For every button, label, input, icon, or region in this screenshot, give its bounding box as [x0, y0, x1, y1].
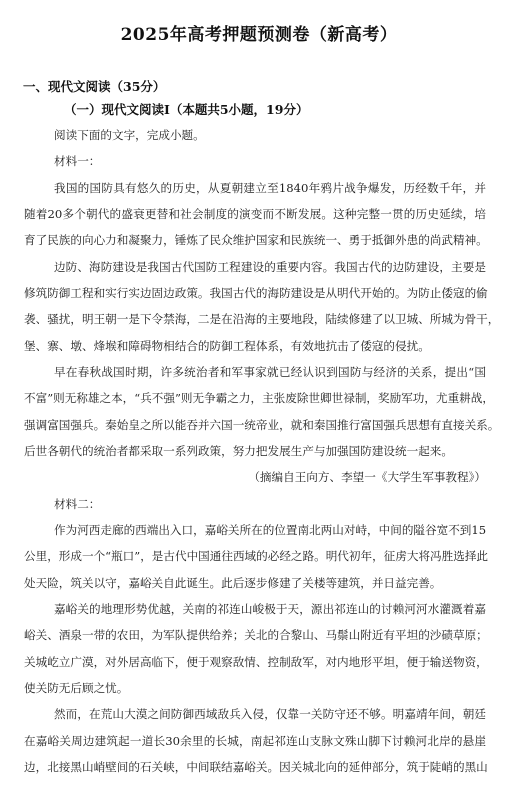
- paragraph-line: 公里，形成一个“瓶口”，是古代中国通往西域的必经之路。明代初年，征虏大将冯胜选择…: [24, 547, 486, 565]
- paragraph-line: 强调富国强兵。秦始皇之所以能吞并六国一统帝业，就和秦国推行富国强兵思想有直接关系…: [24, 416, 486, 434]
- paragraph-line: 早在春秋战国时期，许多统治者和军事家就已经认识到国防与经济的关系，提出“国: [54, 363, 486, 381]
- paragraph-line: 后世各朝代的统治者都采取一系列政策，努力把发展生产与加强国防建设统一起来。: [24, 442, 486, 460]
- paragraph-line: 关城屹立广漠，对外居高临下，便于观察敌情、控制敌军，对内地形平坦，便于输送物资，: [24, 653, 486, 671]
- material-1-source: （摘编自王向方、李望一《大学生军事教程》）: [24, 468, 486, 486]
- material-1-label: 材料一：: [54, 152, 486, 170]
- paragraph-line: 我国的国防具有悠久的历史，从夏朝建立至1840年鸦片战争爆发，历经数千年，并: [54, 179, 486, 197]
- paragraph-line: 随着20多个朝代的盛衰更替和社会制度的演变而不断发展。这种完整一贯的历史延续，培: [24, 205, 486, 223]
- section-heading: 一、现代文阅读（35分）: [23, 77, 165, 95]
- subsection-heading: （一）现代文阅读I（本题共5小题，19分）: [64, 100, 308, 118]
- paragraph-line: 然而，在荒山大漠之间防御西域敌兵入侵，仅靠一关防守还不够。明嘉靖年间，朝廷: [54, 705, 486, 723]
- paragraph-line: 袭、骚扰，明王朝一是下令禁海，二是在沿海的主要地段，陆续修建了以卫城、所城为骨干…: [24, 310, 486, 328]
- paragraph-line: 处天险，筑关以守，嘉峪关自此诞生。此后逐步修建了关楼等建筑，并日益完善。: [24, 574, 486, 592]
- paragraph-line: 育了民族的向心力和凝聚力，锤炼了民众维护国家和民族统一、勇于抵御外患的尚武精神。: [24, 231, 486, 249]
- paragraph-line: 在嘉峪关周边建筑起一道长30余里的长城，南起祁连山支脉文殊山脚下讨赖河北岸的悬崖: [24, 732, 486, 750]
- paragraph-line: 边，北接黑山峭壁间的石关峡，中间联结嘉峪关。因关城北向的延伸部分，筑于陡峭的黑山: [24, 758, 486, 776]
- material-2-label: 材料二：: [54, 495, 486, 513]
- paragraph-line: 使关防无后顾之忧。: [24, 679, 486, 697]
- paragraph-line: 边防、海防建设是我国古代国防工程建设的重要内容。我国古代的边防建设，主要是: [54, 258, 486, 276]
- document-title: 2025年高考押题预测卷（新高考）: [0, 20, 518, 45]
- paragraph-line: 修筑防御工程和实行实边固边政策。我国古代的海防建设是从明代开始的。为防止倭寇的偷: [24, 284, 486, 302]
- document-page: 2025年高考押题预测卷（新高考） 一、现代文阅读（35分） （一）现代文阅读I…: [0, 0, 518, 791]
- instruction-text: 阅读下面的文字，完成小题。: [54, 126, 486, 144]
- paragraph-line: 作为河西走廊的西端出入口，嘉峪关所在的位置南北两山对峙，中间的隘谷宽不到15: [54, 521, 486, 539]
- paragraph-line: 不富”则无称雄之本，“兵不强”则无争霸之力，主张废除世卿世禄制，奖励军功，尤重耕…: [24, 389, 486, 407]
- paragraph-line: 嘉峪关的地理形势优越，关南的祁连山峻极于天，源出祁连山的讨赖河河水灌溉着嘉: [54, 600, 486, 618]
- paragraph-line: 堡、寨、墩、烽堠和障碍物相结合的防御工程体系，有效地抗击了倭寇的侵扰。: [24, 337, 486, 355]
- paragraph-line: 峪关、酒泉一带的农田，为军队提供给养；关北的合黎山、马鬃山附近有平坦的沙碛草原；: [24, 626, 486, 644]
